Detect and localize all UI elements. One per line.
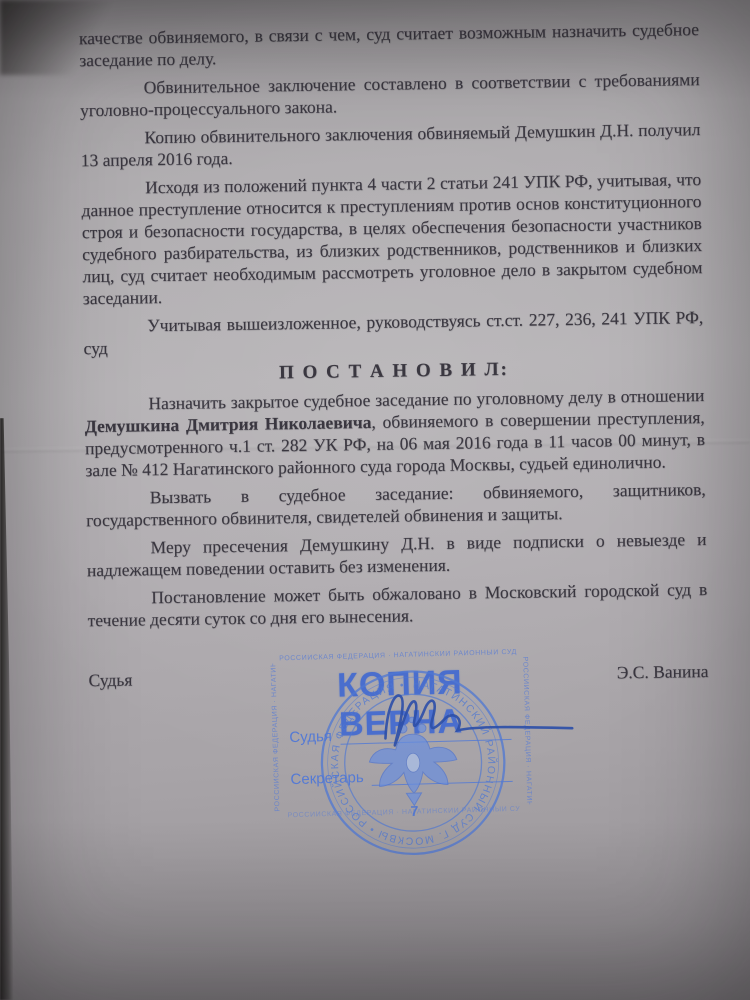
paragraph-appeal: Постановление может быть обжаловано в Мо… [87,578,708,631]
paragraph-summon: Вызвать в судебное заседание: обвиняемог… [86,478,707,531]
photo-shadow-top-left [0,0,150,75]
paragraph-closed-session-grounds: Исходя из положений пункта 4 части 2 ста… [81,168,703,309]
paragraph-resolution-hearing: Назначить закрытое судебное заседание по… [84,384,705,481]
document-photo: качестве обвиняемого, в связи с чем, суд… [0,0,750,1000]
paragraph-copy-received: Копию обвинительного заключения обвиняем… [80,118,701,171]
document-text-block: качестве обвиняемого, в связи с чем, суд… [0,0,750,692]
judge-signature-scribble [314,673,637,802]
copy-verna-stamp: РОССИЙСКАЯ ФЕДЕРАЦИЯ · НАГАТИНСКИЙ РАЙОН… [273,649,531,868]
paragraph-preventive-measure: Меру пресечения Демушкину Д.Н. в виде по… [86,528,707,581]
paragraph-indictment-compliance: Обвинительное заключение составлено в со… [80,68,701,121]
defendant-name: Демушкина Дмитрия Николаевича [85,412,372,436]
paragraph-continuation: качестве обвиняемого, в связи с чем, суд… [79,18,700,71]
seal-number: 7 [410,804,418,820]
resolution-heading: П О С Т А Н О В И Л: [84,356,704,387]
paragraph-considering: Учитывая вышеизложенное, руководствуясь … [83,306,704,359]
judge-label: Судья [88,669,132,692]
